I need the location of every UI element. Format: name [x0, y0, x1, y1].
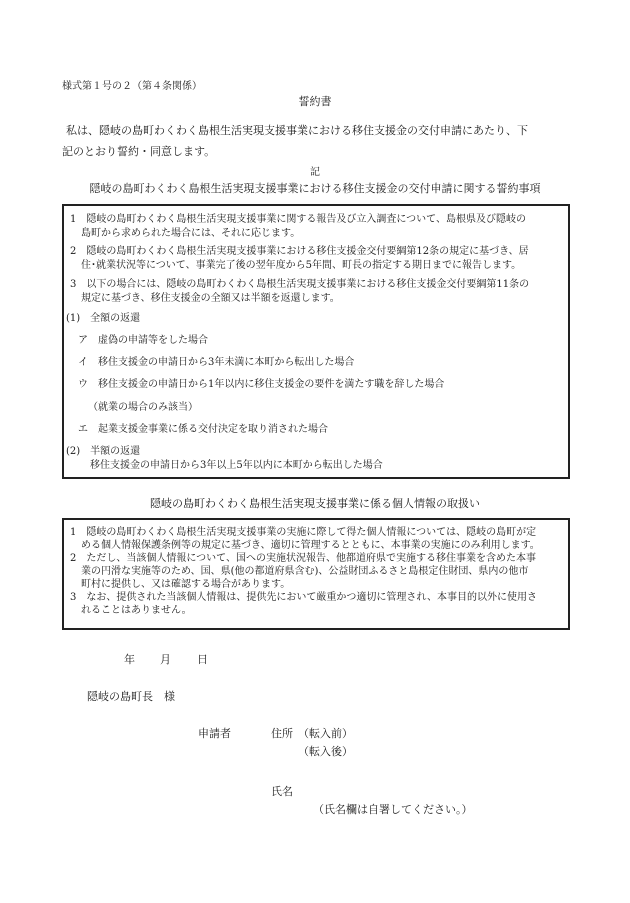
pledge-item-1-line-1: 1 隠岐の島町わくわく島根生活実現支援事業に関する報告及び立入調査について、島根…	[70, 213, 526, 226]
sub2-text: 移住支援金の申請日から3年以上5年以内に本町から転出した場合	[90, 459, 383, 472]
sub1-item-u-note: （就業の場合のみ該当）	[88, 401, 198, 414]
name-label: 氏名	[271, 785, 293, 799]
sub1-item-a: ア 虚偽の申請等をした場合	[78, 334, 208, 347]
pledge-item-2-line-2: 住･就業状況等について、事業完了後の翌年度から5年間、町長の指定する期日までに報…	[81, 259, 521, 272]
intro-line-2: 記のとおり誓約・同意します。	[62, 145, 215, 159]
pledge-item-2-line-1: 2 隠岐の島町わくわく島根生活実現支援事業における移住支援金交付要綱第12条の規…	[70, 245, 529, 258]
date-month: 月	[160, 653, 171, 667]
address-before-field: （転入前）	[298, 727, 353, 741]
date-year: 年	[124, 653, 135, 667]
sub1-item-e: エ 起業支援金事業に係る交付決定を取り消された場合	[78, 423, 328, 436]
pledge-section-heading: 隠岐の島町わくわく島根生活実現支援事業における移住支援金の交付申請に関する誓約事…	[0, 182, 630, 196]
pledge-item-3-line-1: 3 以下の場合には、隠岐の島町わくわく島根生活実現支援事業における移住支援金交付…	[70, 278, 529, 291]
pledge-box: 1 隠岐の島町わくわく島根生活実現支援事業に関する報告及び立入調査について、島根…	[62, 204, 570, 479]
date-day: 日	[197, 653, 208, 667]
privacy-box: 1 隠岐の島町わくわく島根生活実現支援事業の実施に際して得た個人情報については、…	[62, 518, 570, 630]
document-title: 誓約書	[0, 95, 630, 109]
sub1-item-i: イ 移住支援金の申請日から3年未満に本町から転出した場合	[78, 356, 354, 369]
privacy-item-2-line-1: 2 ただし、当該個人情報について、国への実施状況報告、他都道府県で実施する移住事…	[70, 552, 536, 565]
pledge-item-1-line-2: 島町から求められた場合には、それに応じます。	[81, 227, 300, 240]
address-after-field: （転入後）	[298, 745, 353, 759]
sub1-heading: (1) 全額の返還	[66, 312, 140, 325]
sub2-heading: (2) 半額の返還	[66, 445, 140, 458]
privacy-item-2-line-2: 業の円滑な実施等のため、国、県(他の都道府県含む)、公益財団ふるさと島根定住財団…	[81, 565, 528, 578]
privacy-item-2-line-3: 町村に提供し、又は確認する場合があります。	[81, 578, 290, 591]
addressee: 隠岐の島町長 様	[87, 690, 175, 704]
form-label: 様式第１号の２（第４条関係）	[62, 80, 202, 93]
name-note: （氏名欄は自署してください。）	[313, 803, 473, 817]
address-label: 住所	[271, 727, 293, 741]
privacy-section-heading: 隠岐の島町わくわく島根生活実現支援事業に係る個人情報の取扱い	[0, 497, 630, 511]
privacy-item-3-line-1: 3 なお、提供された当該個人情報は、提供先において厳重かつ適切に管理され、本事目…	[70, 591, 537, 604]
privacy-item-3-line-2: れることはありません。	[81, 604, 192, 617]
intro-line-1: 私は、隠岐の島町わくわく島根生活実現支援事業における移住支援金の交付申請にあたり…	[66, 124, 528, 138]
applicant-label: 申請者	[198, 727, 231, 741]
privacy-item-1-line-1: 1 隠岐の島町わくわく島根生活実現支援事業の実施に際して得た個人情報については、…	[70, 526, 536, 539]
privacy-item-1-line-2: める個人情報保護条例等の規定に基づき、適切に管理するとともに、本事業の実施にのみ…	[81, 539, 540, 552]
pledge-item-3-line-2: 規定に基づき、移住支援金の全額又は半額を返還します。	[81, 292, 340, 305]
ki-label: 記	[0, 166, 630, 179]
sub1-item-u: ウ 移住支援金の申請日から1年以内に移住支援金の要件を満たす職を辞した場合	[78, 378, 444, 391]
